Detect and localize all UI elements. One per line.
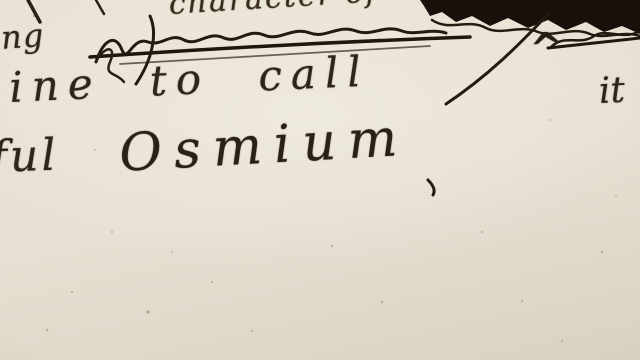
insertion-caret-mark: ^ [528,26,566,69]
handwritten-fragment-ng: ng [0,19,45,54]
manuscript-photo: character of ng ^ line to call it ful Os… [0,0,640,360]
handwritten-fragment-it: it [598,73,626,110]
osmium-final-flourish [428,180,434,195]
handwritten-word-osmium: Osmium [118,112,411,180]
stray-pen-stroke-slash-left [96,0,104,14]
handwriting-layer: character of ng ^ line to call it ful Os… [0,0,640,360]
handwritten-fragment-ful: ful [0,134,59,180]
